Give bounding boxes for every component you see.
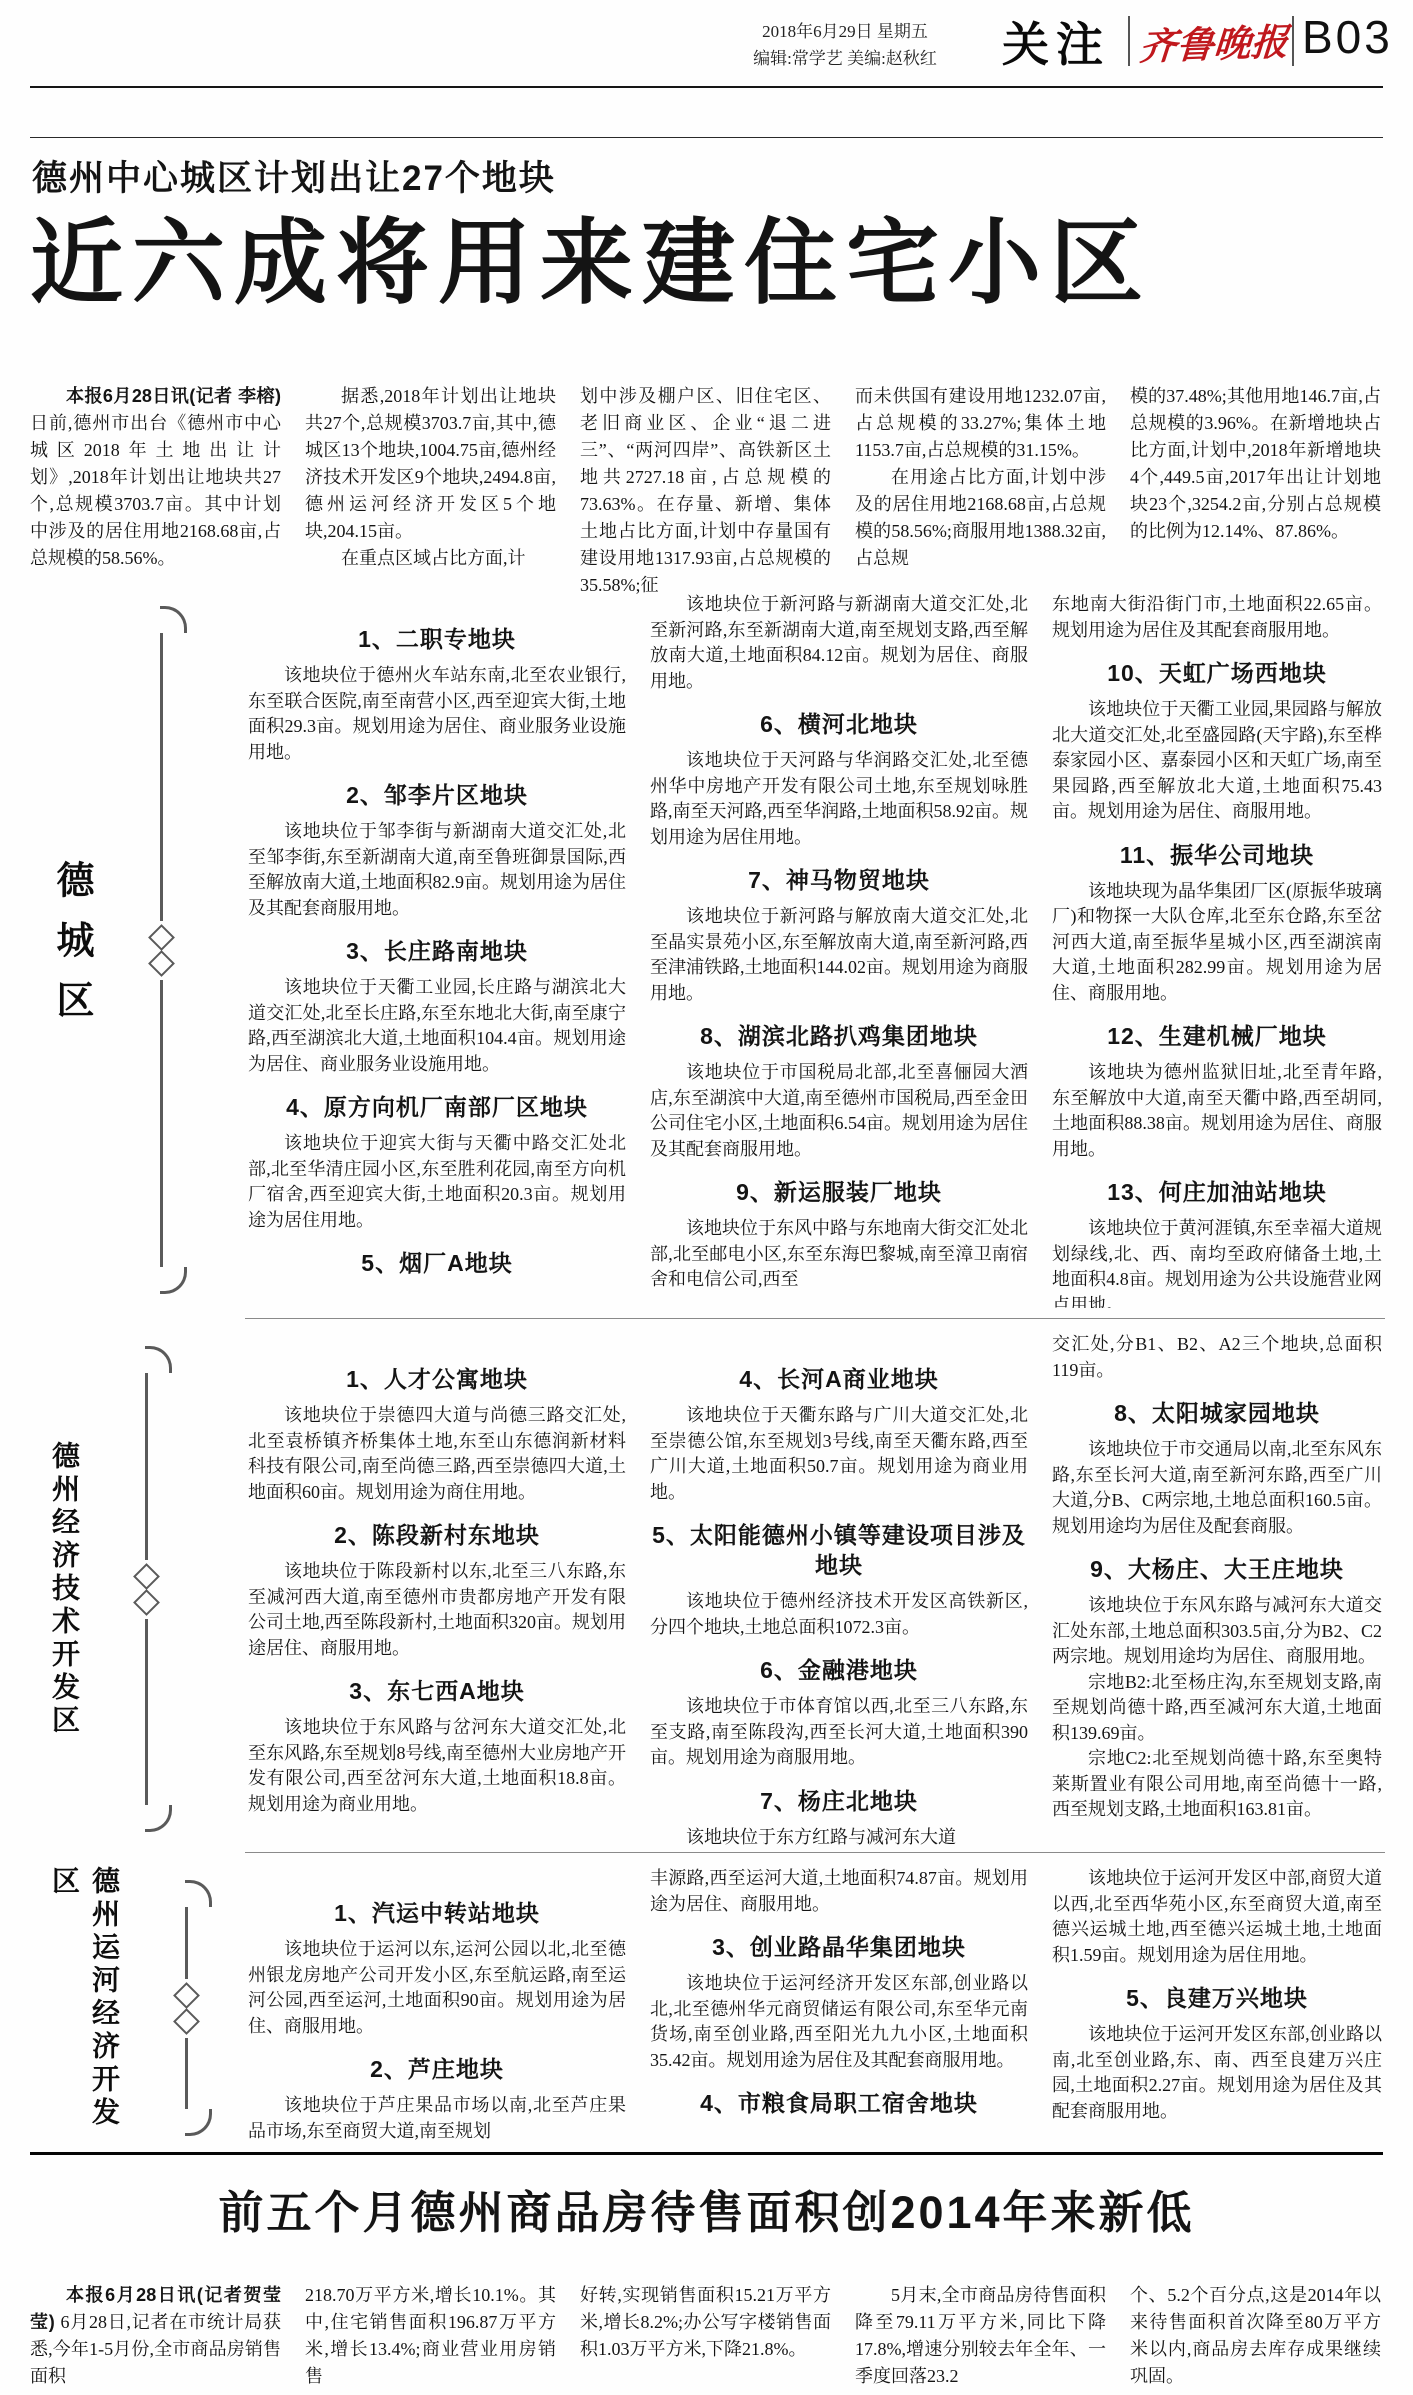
body-paragraph: 该地块位于东风中路与东地南大街交汇处北部,北至邮电小区,东至东海巴黎城,南至漳卫…	[650, 1216, 1028, 1293]
byline-bold: 本报6月28日讯(记者贺莹莹)	[30, 2285, 281, 2332]
section-label: 德州运河经济开发区	[30, 1866, 248, 2150]
section-columns: 1、二职专地块该地块位于德州火车站东南,北至农业银行,东至联合医院,南至南营小区…	[248, 592, 1383, 1308]
body-paragraph: 该地块位于崇德四大道与尚德三路交汇处,北至袁桥镇齐桥集体土地,东至山东德润新材料…	[248, 1403, 626, 1505]
plot-heading: 3、东七西A地块	[248, 1676, 626, 1706]
section-column: 4、长河A商业地块该地块位于天衢东路与广川大道交汇处,北至崇德公馆,东至规划3号…	[650, 1332, 1028, 1846]
section-yunhequ: 德州运河经济开发区 1、汽运中转站地块该地块位于运河以东,运河公园以北,北至德州…	[30, 1866, 1383, 2150]
plot-heading: 2、邹李片区地块	[248, 780, 626, 810]
date-text: 2018年6月29日 星期五	[720, 18, 970, 45]
brace-diamonds-icon	[152, 928, 171, 973]
body-paragraph: 该地块现为晶华集团厂区(原振华玻璃厂)和物探一大队仓库,北至东仓路,东至岔河西大…	[1052, 879, 1382, 1007]
section-separator	[245, 1852, 1385, 1853]
body-paragraph: 本报6月28日讯(记者 李榕) 日前,德州市出台《德州市中心城区2018年土地出…	[30, 383, 281, 572]
plot-heading: 4、原方向机厂南部厂区地块	[248, 1092, 626, 1122]
body-paragraph: 交汇处,分B1、B2、A2三个地块,总面积119亩。	[1052, 1332, 1382, 1383]
article-top-rule	[30, 137, 1383, 138]
body-paragraph: 本报6月28日讯(记者贺莹莹) 6月28日,记者在市统计局获悉,今年1-5月份,…	[30, 2282, 281, 2390]
byline-bold: 本报6月28日讯(记者 李榕)	[66, 386, 281, 406]
plot-heading: 11、振华公司地块	[1052, 840, 1382, 870]
text-column: 本报6月28日讯(记者 李榕) 日前,德州市出台《德州市中心城区2018年土地出…	[30, 383, 281, 599]
brace-hook-bottom	[185, 2109, 212, 2136]
plot-heading: 7、杨庄北地块	[650, 1786, 1028, 1816]
plot-heading: 3、长庄路南地块	[248, 936, 626, 966]
section-brace-icon	[118, 1346, 174, 1832]
plot-heading: 8、湖滨北路扒鸡集团地块	[650, 1021, 1028, 1051]
section-separator	[245, 1318, 1385, 1319]
section-column: 1、人才公寓地块该地块位于崇德四大道与尚德三路交汇处,北至袁桥镇齐桥集体土地,东…	[248, 1332, 626, 1846]
text-column: 个、5.2个百分点,这是2014年以来待售面积首次降至80万平方米以内,商品房去…	[1130, 2282, 1381, 2390]
body-paragraph: 该地块位于德州火车站东南,北至农业银行,东至联合医院,南至南营小区,西至迎宾大街…	[248, 663, 626, 765]
body-paragraph: 该地块为德州监狱旧址,北至青年路,东至解放中大道,南至天衢中路,西至胡同,土地面…	[1052, 1060, 1382, 1162]
section-column: 该地块位于运河开发区中部,商贸大道以西,北至西华苑小区,东至商贸大道,南至德兴运…	[1052, 1866, 1382, 2150]
brace-diamonds-icon	[177, 1986, 196, 2031]
plot-heading: 2、陈段新村东地块	[248, 1520, 626, 1550]
body-paragraph: 该地块位于市交通局以南,北至东风东路,东至长河大道,南至新河东路,西至广川大道,…	[1052, 1437, 1382, 1539]
plot-heading: 13、何庄加油站地块	[1052, 1177, 1382, 1207]
plot-heading: 5、烟厂A地块	[248, 1248, 626, 1278]
section-columns: 1、汽运中转站地块该地块位于运河以东,运河公园以北,北至德州银龙房地产公司开发小…	[248, 1866, 1383, 2150]
brace-line	[185, 1907, 188, 1979]
body-paragraph: 该地块位于天衢东路与广川大道交汇处,北至崇德公馆,东至规划3号线,南至天衢东路,…	[650, 1403, 1028, 1505]
text-column: 好转,实现销售面积15.21万平方米,增长8.2%;办公写字楼销售面积1.03万…	[580, 2282, 831, 2390]
body-paragraph: 该地块位于迎宾大街与天衢中路交汇处北部,北至华清庄园小区,东至胜利花园,南至方向…	[248, 1131, 626, 1233]
body-paragraph: 该地块位于市体育馆以西,北至三八东路,东至支路,南至陈段沟,西至长河大道,土地面…	[650, 1694, 1028, 1771]
brace-line	[185, 2038, 188, 2110]
body-paragraph: 据悉,2018年计划出让地块共27个,总规模3703.7亩,其中,德城区13个地…	[305, 383, 556, 545]
plot-heading: 10、天虹广场西地块	[1052, 658, 1382, 688]
body-paragraph: 该地块位于黄河涯镇,东至幸福大道规划绿线,北、西、南均至政府储备土地,土地面积4…	[1052, 1216, 1382, 1308]
body-paragraph: 该地块位于陈段新村以东,北至三八东路,东至减河西大道,南至德州市贵都房地产开发有…	[248, 1559, 626, 1661]
brace-hook-bottom	[145, 1805, 172, 1832]
body-paragraph: 该地块位于新河路与解放南大道交汇处,北至晶实景苑小区,东至解放南大道,南至新河路…	[650, 904, 1028, 1006]
masthead-dateline: 2018年6月29日 星期五 编辑:常学艺 美编:赵秋红	[720, 18, 970, 72]
kicker: 德州中心城区计划出让27个地块	[32, 151, 556, 201]
lead-columns: 本报6月28日讯(记者 李榕) 日前,德州市出台《德州市中心城区2018年土地出…	[30, 383, 1383, 599]
body-paragraph: 划中涉及棚户区、旧住宅区、老旧商业区、企业“退二进三”、“两河四岸”、高铁新区土…	[580, 383, 831, 599]
newspaper-page: 2018年6月29日 星期五 编辑:常学艺 美编:赵秋红 关注 齐鲁晚报 B03…	[0, 0, 1413, 2395]
body-paragraph: 在重点区域占比方面,计	[305, 545, 556, 572]
body-paragraph: 218.70万平方米,增长10.1%。其中,住宅销售面积196.87万平方米,增…	[305, 2282, 556, 2390]
brace-diamonds-icon	[137, 1567, 156, 1612]
text-column: 而未供国有建设用地1232.07亩,占总规模的33.27%;集体土地1153.7…	[855, 383, 1106, 599]
text-column: 模的37.48%;其他用地146.7亩,占总规模的3.96%。在新增地块占比方面…	[1130, 383, 1381, 599]
body-paragraph: 在用途占比方面,计划中涉及的居住用地2168.68亩,占总规模的58.56%;商…	[855, 464, 1106, 572]
body-paragraph: 个、5.2个百分点,这是2014年以来待售面积首次降至80万平方米以内,商品房去…	[1130, 2282, 1381, 2390]
body-paragraph: 好转,实现销售面积15.21万平方米,增长8.2%;办公写字楼销售面积1.03万…	[580, 2282, 831, 2363]
section-column: 东地南大街沿街门市,土地面积22.65亩。规划用途为居住及其配套商服用地。10、…	[1052, 592, 1382, 1308]
body-paragraph: 该地块位于天河路与华润路交汇处,北至德州华中房地产开发有限公司土地,东至规划咏胜…	[650, 748, 1028, 850]
section-brace-icon	[158, 1880, 214, 2136]
text-column: 5月末,全市商品房待售面积降至79.11万平方米,同比下降17.8%,增速分别较…	[855, 2282, 1106, 2390]
body-paragraph: 该地块位于运河以东,运河公园以北,北至德州银龙房地产公司开发小区,东至航运路,南…	[248, 1937, 626, 2039]
brace-line	[145, 1619, 148, 1806]
section-column: 该地块位于新河路与新湖南大道交汇处,北至新河路,东至新湖南大道,南至规划支路,西…	[650, 592, 1028, 1308]
body-paragraph: 丰源路,西至运河大道,土地面积74.87亩。规划用途为居住、商服用地。	[650, 1866, 1028, 1917]
brace-hook-top	[145, 1346, 172, 1373]
body-paragraph: 该地块位于新河路与新湖南大道交汇处,北至新河路,东至新湖南大道,南至规划支路,西…	[650, 592, 1028, 694]
plot-heading: 6、横河北地块	[650, 709, 1028, 739]
body-paragraph: 该地块位于天衢工业园,果园路与解放北大道交汇处,北至盛园路(天宇路),东至桦泰家…	[1052, 697, 1382, 825]
text-column: 218.70万平方米,增长10.1%。其中,住宅销售面积196.87万平方米,增…	[305, 2282, 556, 2390]
plot-heading: 3、创业路晶华集团地块	[650, 1932, 1028, 1962]
body-paragraph: 该地块位于东风东路与减河东大道交汇处东部,土地总面积303.5亩,分为B2、C2…	[1052, 1593, 1382, 1670]
section-title-vertical: 德城区	[44, 860, 99, 1040]
masthead-divider	[1292, 16, 1294, 66]
body-paragraph: 该地块位于市国税局北部,北至喜俪园大酒店,东至湖滨中大道,南至德州市国税局,西至…	[650, 1060, 1028, 1162]
section-column: 交汇处,分B1、B2、A2三个地块,总面积119亩。8、太阳城家园地块该地块位于…	[1052, 1332, 1382, 1846]
section-column: 丰源路,西至运河大道,土地面积74.87亩。规划用途为居住、商服用地。3、创业路…	[650, 1866, 1028, 2150]
plot-heading: 8、太阳城家园地块	[1052, 1398, 1382, 1428]
brace-hook-top	[185, 1880, 212, 1907]
newspaper-logo: 齐鲁晚报	[1138, 11, 1290, 70]
body-paragraph: 该地块位于德州经济技术开发区高铁新区,分四个地块,土地总面积1072.3亩。	[650, 1589, 1028, 1640]
section-title-vertical: 德州经济技术开发区	[44, 1441, 84, 1738]
masthead-rule	[30, 86, 1383, 88]
plot-heading: 2、芦庄地块	[248, 2054, 626, 2084]
plot-heading: 1、二职专地块	[248, 624, 626, 654]
plot-heading: 4、市粮食局职工宿舍地块	[650, 2088, 1028, 2118]
section-title-vertical: 德州运河经济开发区	[44, 1866, 124, 2150]
text-column: 本报6月28日讯(记者贺莹莹) 6月28日,记者在市统计局获悉,今年1-5月份,…	[30, 2282, 281, 2390]
plot-heading: 1、人才公寓地块	[248, 1364, 626, 1394]
body-paragraph: 模的37.48%;其他用地146.7亩,占总规模的3.96%。在新增地块占比方面…	[1130, 383, 1381, 545]
section-column: 1、汽运中转站地块该地块位于运河以东,运河公园以北,北至德州银龙房地产公司开发小…	[248, 1866, 626, 2150]
page-number: B03	[1302, 10, 1393, 64]
body-paragraph: 宗地B2:北至杨庄沟,东至规划支路,南至规划尚德十路,西至减河东大道,土地面积1…	[1052, 1670, 1382, 1747]
bottom-columns: 本报6月28日讯(记者贺莹莹) 6月28日,记者在市统计局获悉,今年1-5月份,…	[30, 2282, 1383, 2390]
body-paragraph: 5月末,全市商品房待售面积降至79.11万平方米,同比下降17.8%,增速分别较…	[855, 2282, 1106, 2390]
brace-line	[160, 633, 163, 921]
text-column: 据悉,2018年计划出让地块共27个,总规模3703.7亩,其中,德城区13个地…	[305, 383, 556, 599]
section-brace-icon	[133, 606, 189, 1294]
plot-heading: 4、长河A商业地块	[650, 1364, 1028, 1394]
bottom-headline: 前五个月德州商品房待售面积创2014年来新低	[0, 2176, 1413, 2241]
body-paragraph: 该地块位于运河开发区中部,商贸大道以西,北至西华苑小区,东至商贸大道,南至德兴运…	[1052, 1866, 1382, 1968]
plot-heading: 5、太阳能德州小镇等建设项目涉及地块	[650, 1520, 1028, 1580]
brace-hook-bottom	[160, 1267, 187, 1294]
body-paragraph: 该地块位于邹李街与新湖南大道交汇处,北至邹李街,东至新湖南大道,南至鲁班御景国际…	[248, 819, 626, 921]
section-dechengqu: 德城区 1、二职专地块该地块位于德州火车站东南,北至农业银行,东至联合医院,南至…	[30, 592, 1383, 1308]
section-focus-label: 关注	[1002, 8, 1110, 75]
bottom-article-rule	[30, 2152, 1383, 2155]
section-label: 德州经济技术开发区	[30, 1332, 248, 1846]
plot-heading: 1、汽运中转站地块	[248, 1898, 626, 1928]
body-paragraph: 该地块位于东风路与岔河东大道交汇处,北至东风路,东至规划8号线,南至德州大业房地…	[248, 1715, 626, 1817]
plot-heading: 12、生建机械厂地块	[1052, 1021, 1382, 1051]
masthead-divider	[1128, 16, 1130, 66]
brace-hook-top	[160, 606, 187, 633]
editors-text: 编辑:常学艺 美编:赵秋红	[720, 45, 970, 72]
body-paragraph: 该地块位于天衢工业园,长庄路与湖滨北大道交汇处,北至长庄路,东至东地北大街,南至…	[248, 975, 626, 1077]
plot-heading: 7、神马物贸地块	[650, 865, 1028, 895]
body-paragraph: 而未供国有建设用地1232.07亩,占总规模的33.27%;集体土地1153.7…	[855, 383, 1106, 464]
body-paragraph: 该地块位于芦庄果品市场以南,北至芦庄果品市场,东至商贸大道,南至规划	[248, 2093, 626, 2144]
section-label: 德城区	[30, 592, 248, 1308]
body-paragraph: 该地块位于运河开发区东部,创业路以南,北至创业路,东、南、西至良建万兴庄园,土地…	[1052, 2022, 1382, 2124]
plot-heading: 5、良建万兴地块	[1052, 1983, 1382, 2013]
plot-heading: 9、新运服装厂地块	[650, 1177, 1028, 1207]
section-columns: 1、人才公寓地块该地块位于崇德四大道与尚德三路交汇处,北至袁桥镇齐桥集体土地,东…	[248, 1332, 1383, 1846]
section-column: 1、二职专地块该地块位于德州火车站东南,北至农业银行,东至联合医院,南至南营小区…	[248, 592, 626, 1308]
body-paragraph: 东地南大街沿街门市,土地面积22.65亩。规划用途为居住及其配套商服用地。	[1052, 592, 1382, 643]
plot-heading: 6、金融港地块	[650, 1655, 1028, 1685]
plot-heading: 9、大杨庄、大王庄地块	[1052, 1554, 1382, 1584]
text-column: 划中涉及棚户区、旧住宅区、老旧商业区、企业“退二进三”、“两河四岸”、高铁新区土…	[580, 383, 831, 599]
brace-line	[145, 1373, 148, 1560]
main-headline: 近六成将用来建住宅小区	[30, 212, 1152, 314]
body-paragraph: 宗地C2:北至规划尚德十路,东至奥特莱斯置业有限公司用地,南至尚德十一路,西至规…	[1052, 1746, 1382, 1823]
section-jingkaiqu: 德州经济技术开发区 1、人才公寓地块该地块位于崇德四大道与尚德三路交汇处,北至袁…	[30, 1332, 1383, 1846]
brace-line	[160, 980, 163, 1268]
body-paragraph: 该地块位于东方红路与减河东大道	[650, 1825, 1028, 1847]
body-paragraph: 该地块位于运河经济开发区东部,创业路以北,北至德州华元商贸储运有限公司,东至华元…	[650, 1971, 1028, 2073]
